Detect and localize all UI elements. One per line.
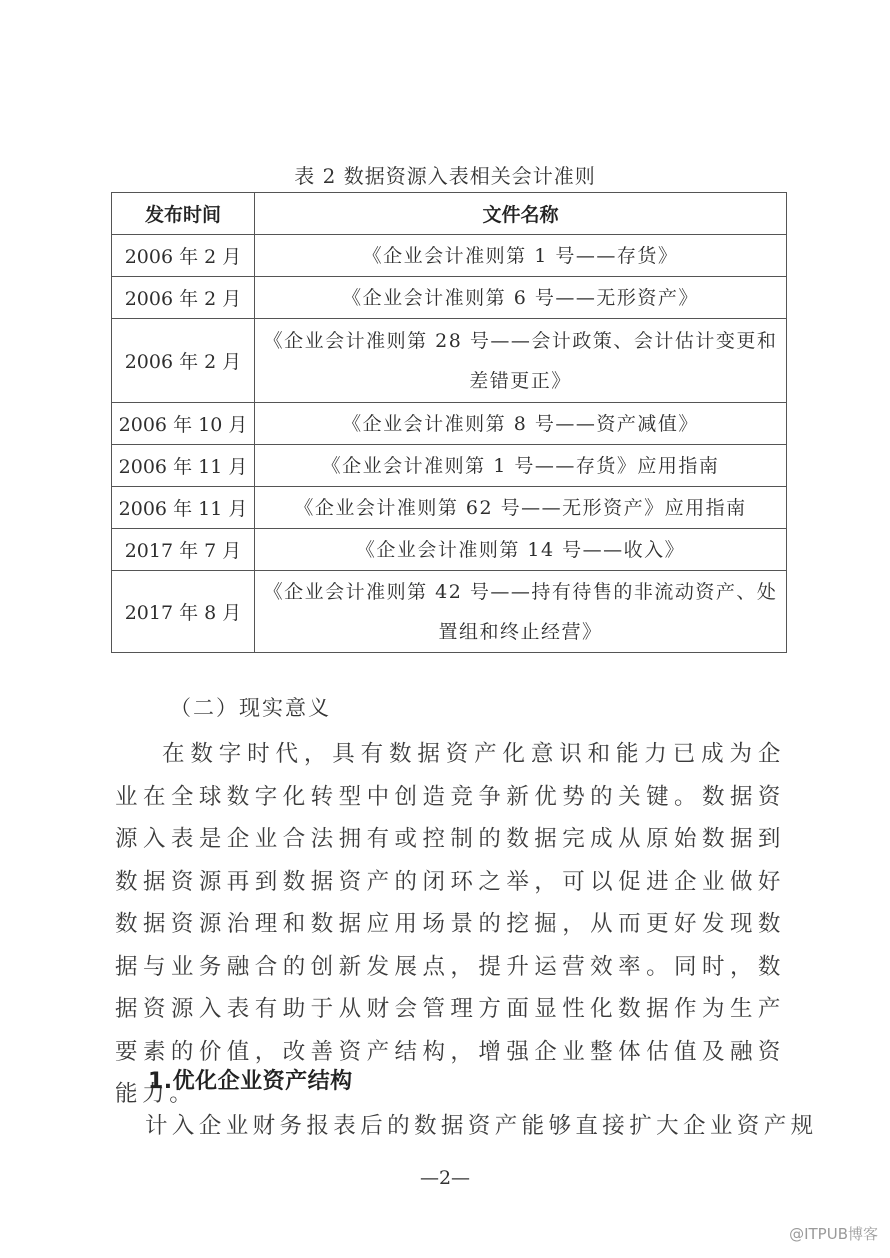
section-heading: （二）现实意义 bbox=[170, 692, 331, 722]
table-caption: 表 2 数据资源入表相关会计准则 bbox=[0, 160, 890, 189]
table-row: 2006 年 2 月 《企业会计准则第 1 号——存货》 bbox=[112, 235, 787, 277]
header-document-name: 文件名称 bbox=[255, 193, 787, 235]
page-number: —2— bbox=[0, 1167, 890, 1189]
table-row: 2017 年 7 月 《企业会计准则第 14 号——收入》 bbox=[112, 529, 787, 571]
document-name: 《企业会计准则第 1 号——存货》 bbox=[255, 235, 787, 277]
document-name: 《企业会计准则第 42 号——持有待售的非流动资产、处置组和终止经营》 bbox=[255, 571, 787, 653]
document-name: 《企业会计准则第 1 号——存货》应用指南 bbox=[255, 445, 787, 487]
table-row: 2006 年 11 月 《企业会计准则第 62 号——无形资产》应用指南 bbox=[112, 487, 787, 529]
document-page: 表 2 数据资源入表相关会计准则 发布时间 文件名称 2006 年 2 月 《企… bbox=[0, 0, 890, 1258]
body-paragraph-continued: 计入企业财务报表后的数据资产能够直接扩大企业资产规 bbox=[145, 1108, 805, 1140]
table-row: 2006 年 11 月 《企业会计准则第 1 号——存货》应用指南 bbox=[112, 445, 787, 487]
watermark: @ITPUB博客 bbox=[789, 1223, 878, 1244]
release-date: 2006 年 2 月 bbox=[112, 319, 255, 403]
table-row: 2006 年 2 月 《企业会计准则第 6 号——无形资产》 bbox=[112, 277, 787, 319]
table-header-row: 发布时间 文件名称 bbox=[112, 193, 787, 235]
accounting-standards-table: 发布时间 文件名称 2006 年 2 月 《企业会计准则第 1 号——存货》 2… bbox=[111, 192, 787, 653]
document-name: 《企业会计准则第 28 号——会计政策、会计估计变更和差错更正》 bbox=[255, 319, 787, 403]
header-release-date: 发布时间 bbox=[112, 193, 255, 235]
document-name: 《企业会计准则第 62 号——无形资产》应用指南 bbox=[255, 487, 787, 529]
table-row: 2017 年 8 月 《企业会计准则第 42 号——持有待售的非流动资产、处置组… bbox=[112, 571, 787, 653]
release-date: 2017 年 7 月 bbox=[112, 529, 255, 571]
table-row: 2006 年 2 月 《企业会计准则第 28 号——会计政策、会计估计变更和差错… bbox=[112, 319, 787, 403]
release-date: 2006 年 11 月 bbox=[112, 445, 255, 487]
document-name: 《企业会计准则第 6 号——无形资产》 bbox=[255, 277, 787, 319]
release-date: 2006 年 10 月 bbox=[112, 403, 255, 445]
document-name: 《企业会计准则第 14 号——收入》 bbox=[255, 529, 787, 571]
subsection-heading: 1.优化企业资产结构 bbox=[148, 1064, 353, 1095]
release-date: 2006 年 2 月 bbox=[112, 235, 255, 277]
release-date: 2006 年 2 月 bbox=[112, 277, 255, 319]
release-date: 2006 年 11 月 bbox=[112, 487, 255, 529]
document-name: 《企业会计准则第 8 号——资产减值》 bbox=[255, 403, 787, 445]
release-date: 2017 年 8 月 bbox=[112, 571, 255, 653]
table-row: 2006 年 10 月 《企业会计准则第 8 号——资产减值》 bbox=[112, 403, 787, 445]
body-paragraph: 在数字时代，具有数据资产化意识和能力已成为企业在全球数字化转型中创造竞争新优势的… bbox=[115, 733, 785, 1116]
